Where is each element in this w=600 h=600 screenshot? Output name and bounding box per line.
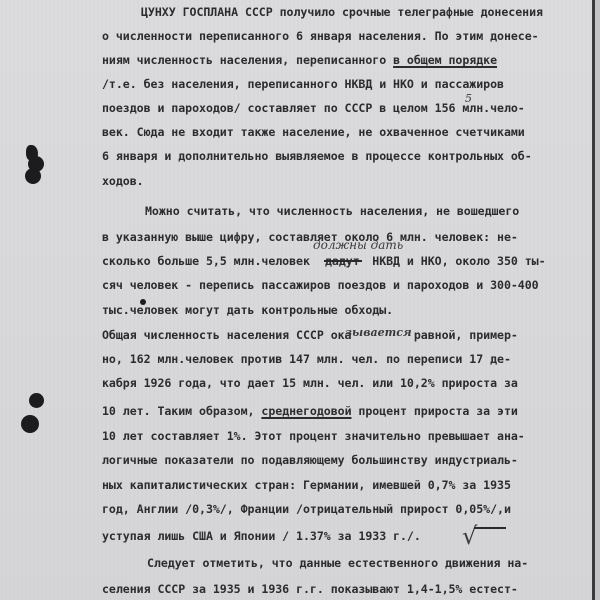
text-line: в указанную выше цифру, составляет около… xyxy=(102,230,518,244)
text-line: селения СССР за 1935 и 1936 г.г. показыв… xyxy=(102,582,518,596)
text-line: Общая численность населения СССР ока рав… xyxy=(102,328,518,342)
text-line: 6 января и дополнительно выявляемое в пр… xyxy=(102,149,532,163)
text-line: поездов и пароходов/ составляет по СССР … xyxy=(102,101,525,115)
text-line: 10 лет составляет 1%. Этот процент значи… xyxy=(102,429,525,443)
text-line: сяч человек - перепись пассажиров поездо… xyxy=(102,278,539,292)
punch-hole-bottom-b xyxy=(21,415,39,433)
text-line: уступая лишь США и Японии / 1.37% за 193… xyxy=(102,529,421,543)
punch-hole-bottom-a xyxy=(29,393,44,408)
checkmark-tail xyxy=(474,527,506,529)
text-line: /т.е. без населения, переписанного НКВД … xyxy=(102,77,504,91)
text-segment: 10 лет. Таким образом, xyxy=(102,404,261,418)
text-line: тыс.человек могут дать контрольные обход… xyxy=(102,303,393,317)
text-line: Можно считать, что численность населения… xyxy=(145,204,519,218)
punch-hole-top-c xyxy=(25,168,41,184)
text-line: о численности переписанного 6 января нас… xyxy=(102,29,539,43)
underlined-phrase: среднегодовой xyxy=(261,404,351,418)
text-line: ниям численность населения, переписанног… xyxy=(102,53,497,67)
text-line: логичные показатели по подавляющему боль… xyxy=(102,453,518,467)
text-segment: ниям численность населения, переписанног… xyxy=(102,53,393,67)
underlined-phrase: в общем порядке xyxy=(393,53,497,67)
page-edge-strip xyxy=(595,0,600,600)
strikethrough-mark xyxy=(324,260,362,262)
text-line: ходов. xyxy=(102,174,144,188)
text-line: 10 лет. Таким образом, среднегодовой про… xyxy=(102,404,518,418)
handwritten-correction: 5 xyxy=(465,92,472,105)
text-line: год, Англии /0,3%/, Франции /отрицательн… xyxy=(102,502,511,516)
text-line: кабря 1926 года, что дает 15 млн. чел. и… xyxy=(102,376,518,390)
text-line: но, 162 млн.человек против 147 млн. чел.… xyxy=(102,352,511,366)
text-line: ных капиталистических стран: Германии, и… xyxy=(102,478,511,492)
text-line: Следует отметить, что данные естественно… xyxy=(147,556,528,570)
handwritten-correction: зывается xyxy=(345,326,412,339)
text-line: ЦУНХУ ГОСПЛАНА СССР получило срочные тел… xyxy=(141,5,543,19)
text-line: век. Сюда не входит также население, не … xyxy=(102,125,525,139)
text-segment: процент прироста за эти xyxy=(352,404,518,418)
handwritten-insertion: должны дать xyxy=(313,238,403,252)
